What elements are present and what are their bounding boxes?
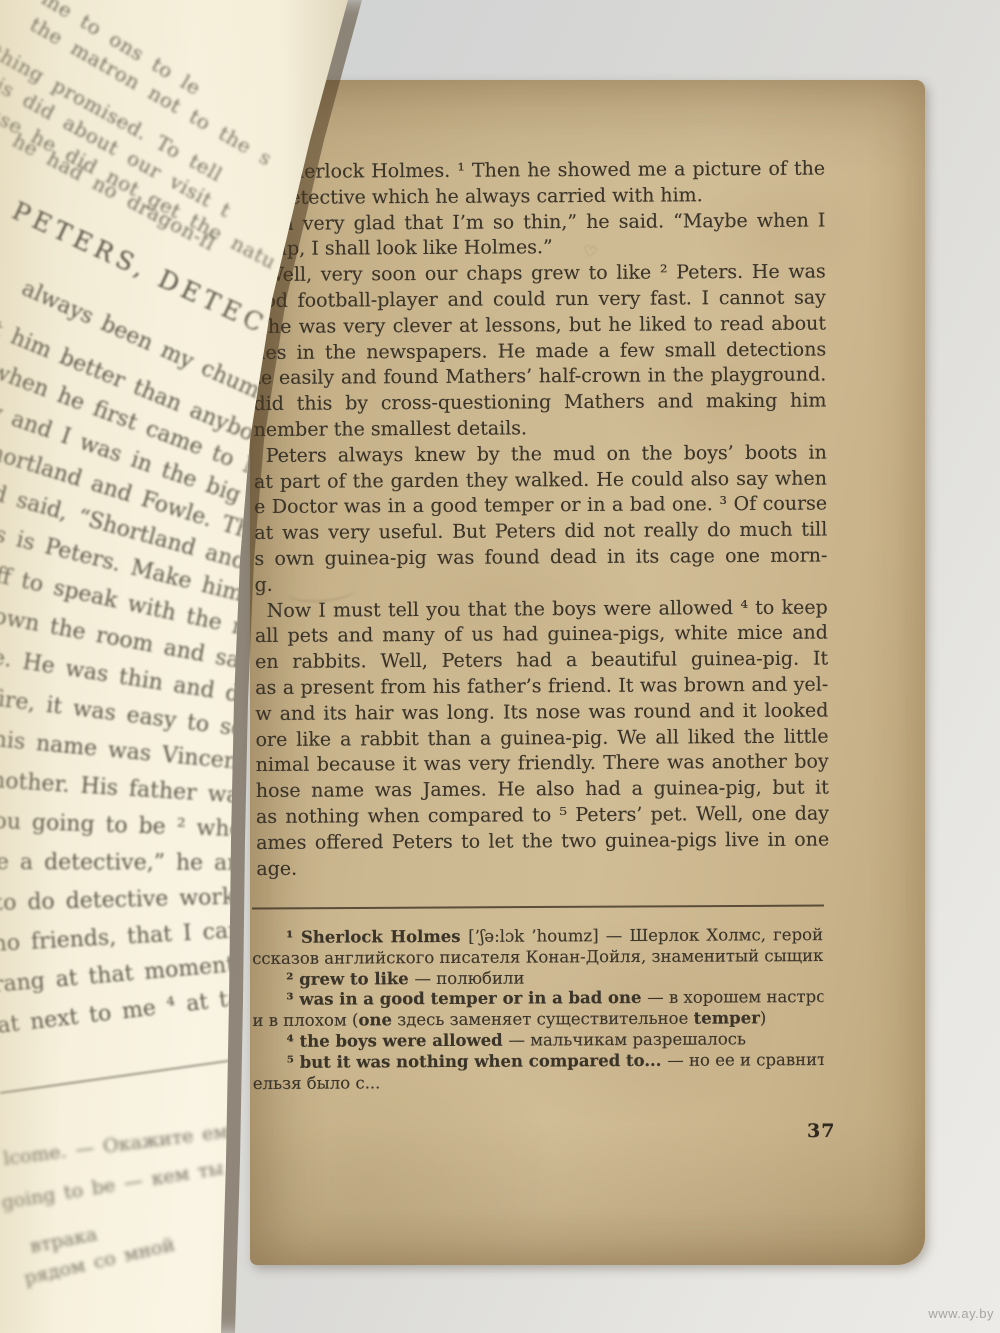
footnote-term: temper	[694, 1009, 760, 1028]
footnote-line: и в плохом (one здесь заменяет существит…	[252, 1008, 823, 1032]
footnote-line: ельзя было с...	[253, 1071, 824, 1095]
text-line: w and its hair was long. Its nose was ro…	[255, 698, 828, 727]
left-text-line: e a detective,” he ans	[0, 850, 253, 876]
left-text-line: no friends, that I can	[0, 918, 243, 957]
text-line: ut Sherlock Holmes. ¹ Then he showed me …	[252, 156, 825, 185]
right-page: ut Sherlock Holmes. ¹ Then he showed me …	[250, 80, 925, 1265]
text-line: ood football-player and could run very f…	[253, 285, 826, 314]
footnote-line: ссказов английского писателя Конан-Дойля…	[252, 946, 823, 970]
text-line: nember the smallest details.	[254, 414, 827, 443]
text-line: age.	[256, 853, 829, 882]
text-line: en rabbits. Well, Peters had a beautiful…	[255, 647, 828, 676]
footnote-line: ² grew to like — полюбили	[252, 967, 823, 991]
footnote-text: [’ʃə:lɔk ’houmz] — Шерлок Холмс, герой	[468, 925, 823, 946]
left-text-line: to do detective work h	[0, 884, 261, 916]
footnote-term: ³ was in a good temper or in a bad one	[286, 988, 647, 1009]
footnote-line: ¹ Sherlock Holmes [’ʃə:lɔk ’houmz] — Шер…	[252, 925, 823, 949]
text-line: e Doctor was in a good temper or in a ba…	[254, 492, 827, 521]
footnote-text: ссказов английского писателя Конан-Дойля…	[252, 946, 823, 968]
footnote-text: здесь заменяет существительное	[392, 1009, 694, 1030]
text-line: hose name was James. He also had a guine…	[256, 776, 829, 805]
footnote-text: ельзя было с...	[253, 1073, 381, 1093]
text-line: ames offered Peters to let the two guine…	[256, 827, 829, 856]
footnote-term: ⁴ the boys were allowed	[287, 1031, 509, 1051]
text-line: te easily and found Mathers’ half-crown …	[253, 363, 826, 392]
text-line: w up, I shall look like Holmes.”	[252, 234, 825, 263]
text-line: Peters always knew by the mud on the boy…	[254, 440, 827, 469]
footnote-term: ² grew to like	[286, 969, 414, 989]
footnote-text: и в плохом (	[252, 1011, 358, 1031]
footnote-text: — в хорошем настроении	[647, 987, 823, 1007]
text-line: all pets and many of us had guinea-pigs,…	[255, 621, 828, 650]
text-line: Now I must tell you that the boys were a…	[255, 595, 828, 624]
left-text-line: nother. His father was	[0, 768, 252, 809]
footnote-text: — мальчикам разрешалось	[508, 1029, 746, 1049]
text-line: did this by cross-questioning Mathers an…	[253, 389, 826, 418]
footnote-term: ⁵ but it was nothing when compared to...	[287, 1051, 668, 1072]
footnote-term: one	[358, 1010, 392, 1029]
footnote-text: — но ее и сравнить	[667, 1050, 824, 1070]
footnote-line: ³ was in a good temper or in a bad one —…	[252, 987, 823, 1011]
footnote-text: — полюбили	[414, 968, 524, 988]
page-number: 37	[807, 1120, 835, 1142]
book-photo: ut Sherlock Holmes. ¹ Then he showed me …	[0, 0, 1000, 1333]
text-line: as a present from his father’s friend. I…	[255, 672, 828, 701]
right-page-body-text: ut Sherlock Holmes. ¹ Then he showed me …	[252, 156, 829, 882]
text-line: as nothing when compared to ⁵ Peters’ pe…	[256, 801, 829, 830]
footnote-term: ¹ Sherlock Holmes	[286, 927, 468, 947]
text-line: t he was very clever at lessons, but he …	[253, 311, 826, 340]
text-line: at part of the garden they walked. He co…	[254, 466, 827, 495]
text-line: ore like a rabbit than a guinea-pig. We …	[255, 724, 828, 753]
text-line: at detective which he always carried wit…	[252, 182, 825, 211]
text-line: at was very useful. But Peters did not r…	[254, 518, 827, 547]
footnote-line: ⁵ but it was nothing when compared to...…	[253, 1050, 824, 1074]
text-line: Well, very soon our chaps grew to like ²…	[253, 260, 826, 289]
watermark: www.ay.by	[928, 1306, 994, 1321]
text-line: nimal because it was very friendly. Ther…	[256, 750, 829, 779]
text-line: “I’m very glad that I’m so thin,” he sai…	[252, 208, 825, 237]
footnote-line: ⁴ the boys were allowed — мальчикам разр…	[253, 1029, 824, 1053]
footnote-separator-rule	[252, 905, 824, 910]
right-page-footnotes: ¹ Sherlock Holmes [’ʃə:lɔk ’houmz] — Шер…	[252, 925, 824, 1094]
footnote-text: )	[760, 1008, 767, 1027]
text-line: s own guinea-pig was found dead in its c…	[254, 543, 827, 572]
left-footnote-rule	[0, 1059, 238, 1094]
text-line: nes in the newspapers. He made a few sma…	[253, 337, 826, 366]
